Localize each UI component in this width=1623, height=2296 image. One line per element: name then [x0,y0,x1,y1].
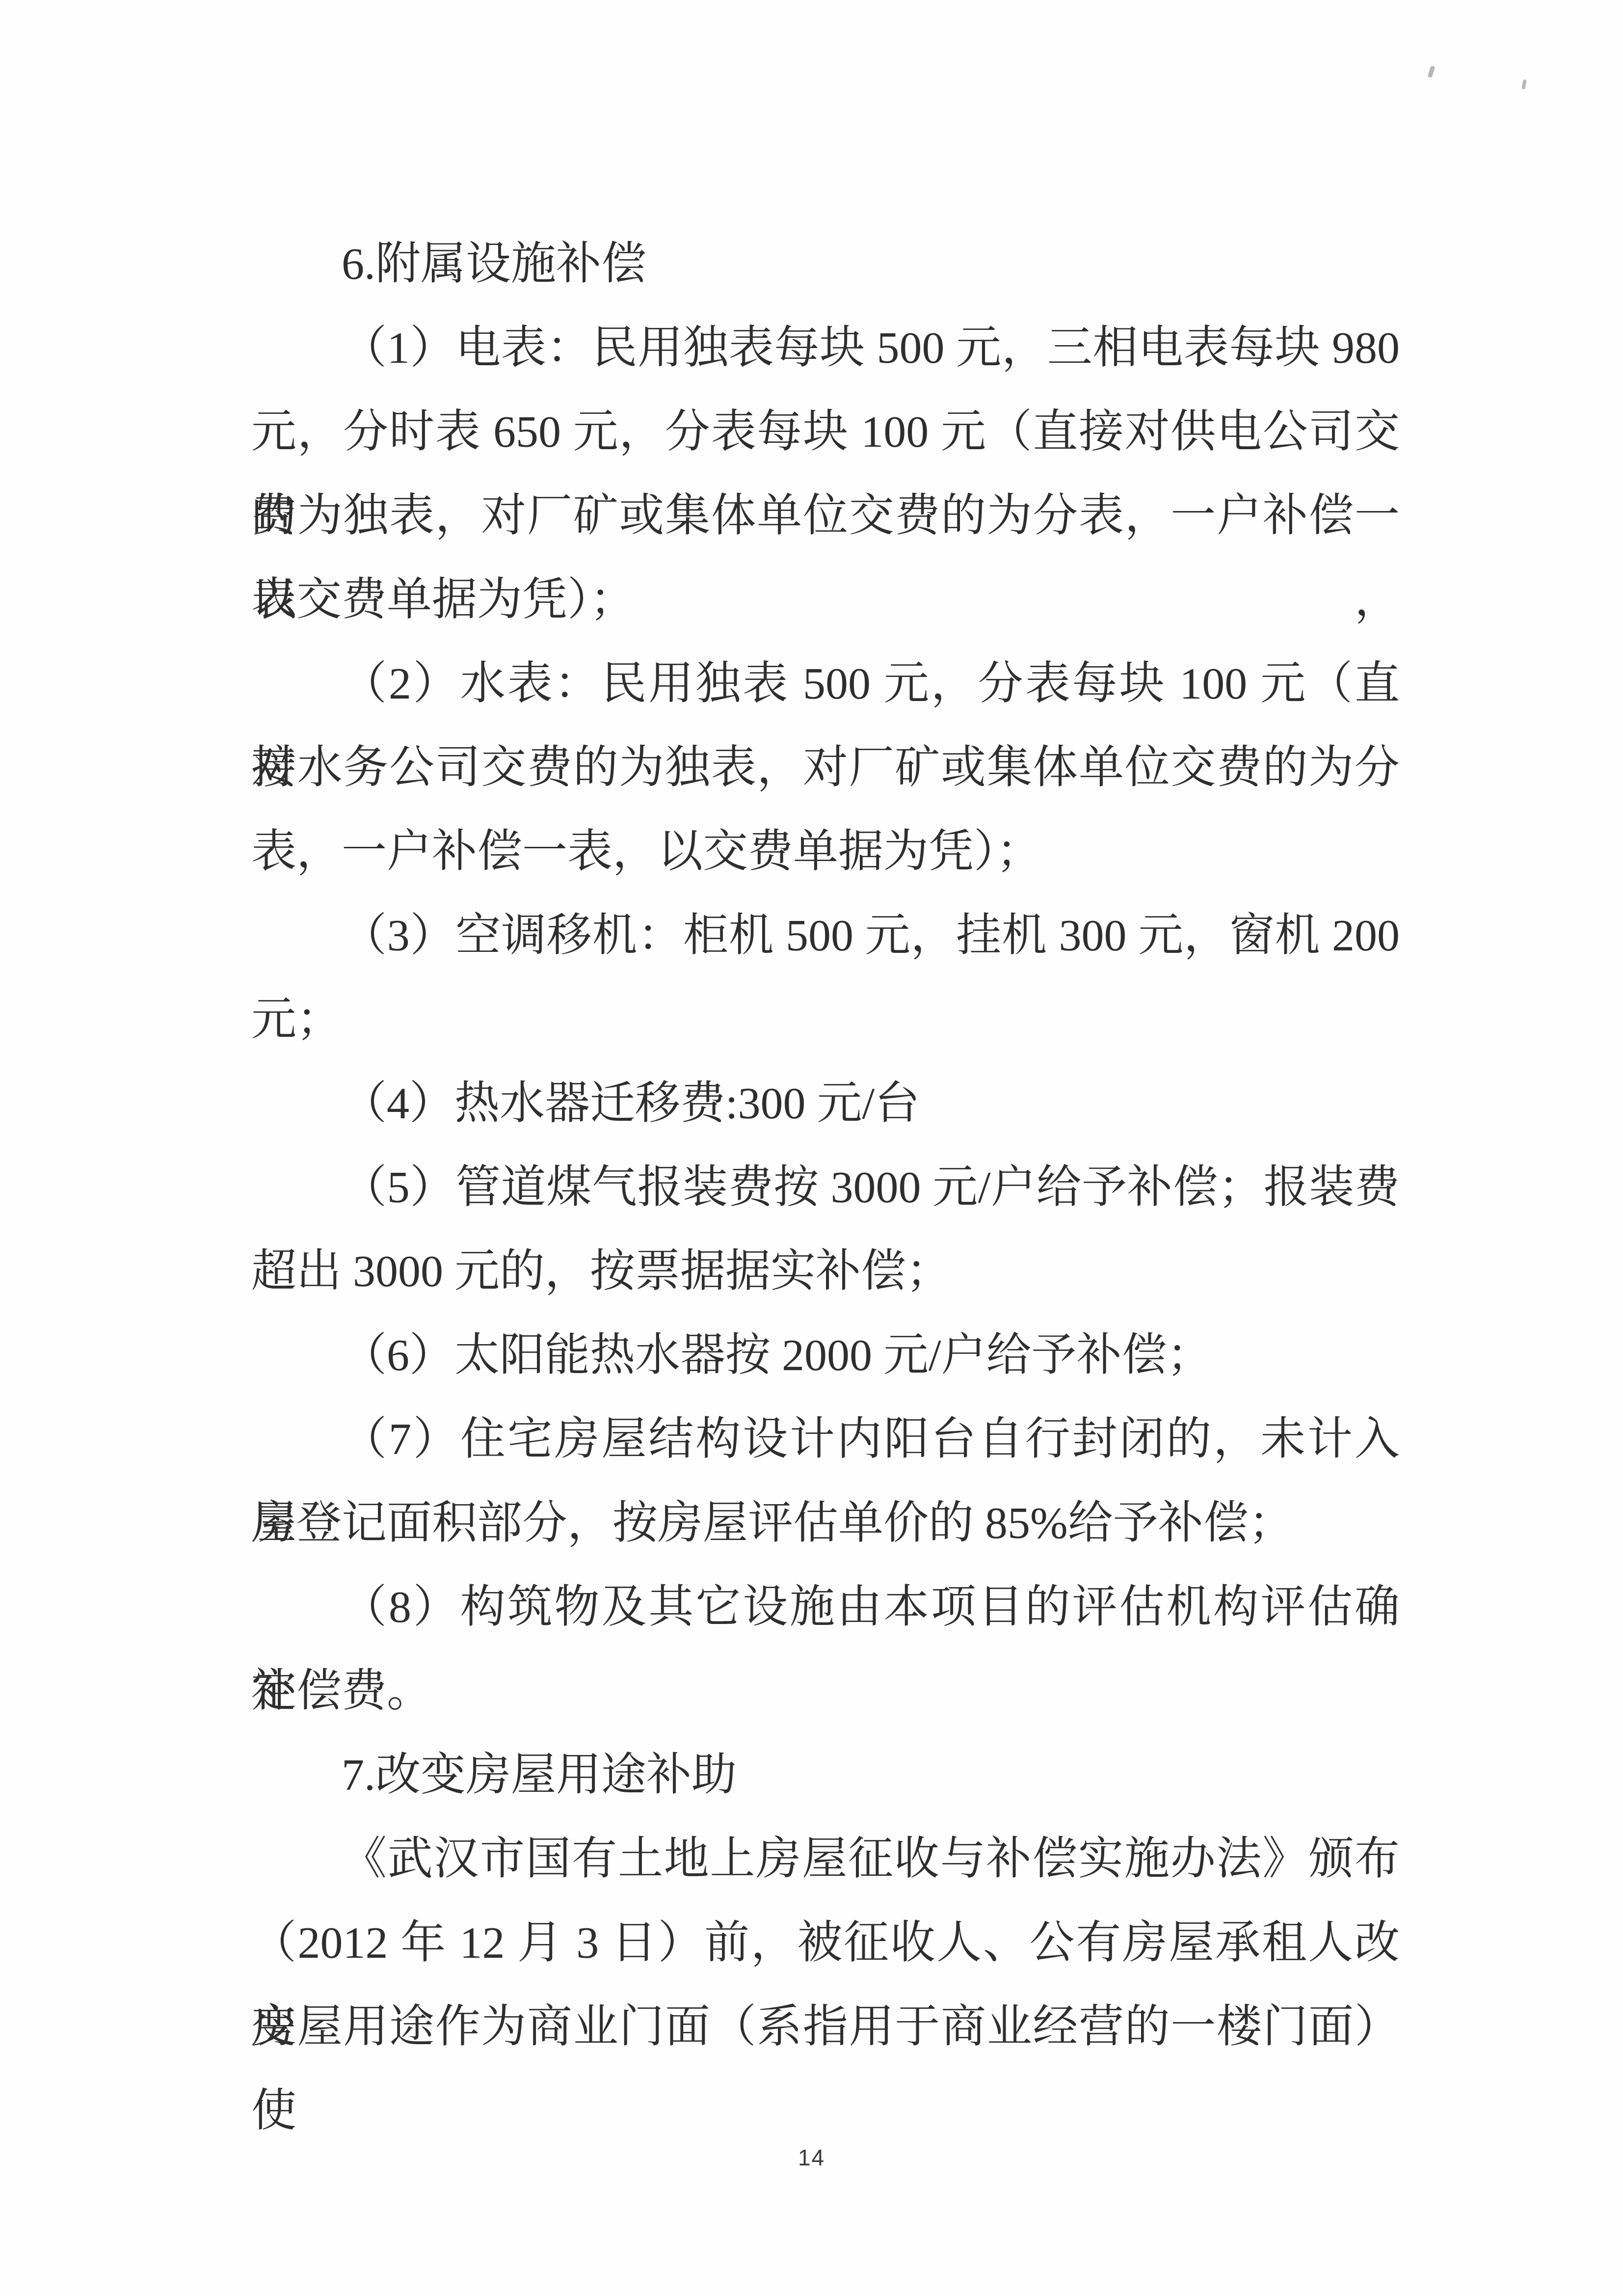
doc-line: （4）热水器迁移费:300 元/台 [251,1061,1400,1145]
doc-line: 《武汉市国有土地上房屋征收与补偿实施办法》颁布 [251,1817,1400,1901]
doc-line: （6）太阳能热水器按 2000 元/户给予补偿； [251,1313,1400,1397]
doc-line: 屋登记面积部分，按房屋评估单价的 85%给予补偿； [251,1481,1400,1565]
doc-line: （2）水表：民用独表 500 元，分表每块 100 元（直接 [251,642,1400,726]
text-block: 6.附属设施补偿 （1）电表：民用独表每块 500 元，三相电表每块 980 元… [251,222,1400,2069]
doc-line: （3）空调移机：柜机 500 元，挂机 300 元，窗机 200 [251,893,1400,977]
doc-line: （8）构筑物及其它设施由本项目的评估机构评估确定 [251,1565,1400,1649]
scan-artifact [1428,65,1436,78]
section-heading-6: 6.附属设施补偿 [251,222,1400,306]
doc-line: 表，一户补偿一表，以交费单据为凭）； [251,810,1400,893]
doc-line: 超出 3000 元的，按票据据实补偿； [251,1229,1400,1313]
doc-line: （5）管道煤气报装费按 3000 元/户给予补偿；报装费 [251,1145,1400,1229]
doc-line: 元； [251,977,1400,1061]
page-number: 14 [0,2144,1623,2171]
doc-line: 的为独表，对厂矿或集体单位交费的为分表，一户补偿一表， [251,474,1400,558]
doc-line: （7）住宅房屋结构设计内阳台自行封闭的，未计入房 [251,1397,1400,1481]
doc-line: （1）电表：民用独表每块 500 元，三相电表每块 980 [251,306,1400,390]
doc-line: 元，分时表 650 元，分表每块 100 元（直接对供电公司交费 [251,390,1400,474]
doc-line: （2012 年 12 月 3 日）前，被征收人、公有房屋承租人改变 [251,1901,1400,1985]
document-page: 6.附属设施补偿 （1）电表：民用独表每块 500 元，三相电表每块 980 元… [0,0,1623,2296]
section-heading-7: 7.改变房屋用途补助 [251,1733,1400,1817]
scan-artifact [1521,80,1526,90]
doc-line: 房屋用途作为商业门面（系指用于商业经营的一楼门面）使 [251,1985,1400,2069]
doc-line: 对水务公司交费的为独表，对厂矿或集体单位交费的为分 [251,726,1400,810]
doc-line: 补偿费。 [251,1649,1400,1733]
